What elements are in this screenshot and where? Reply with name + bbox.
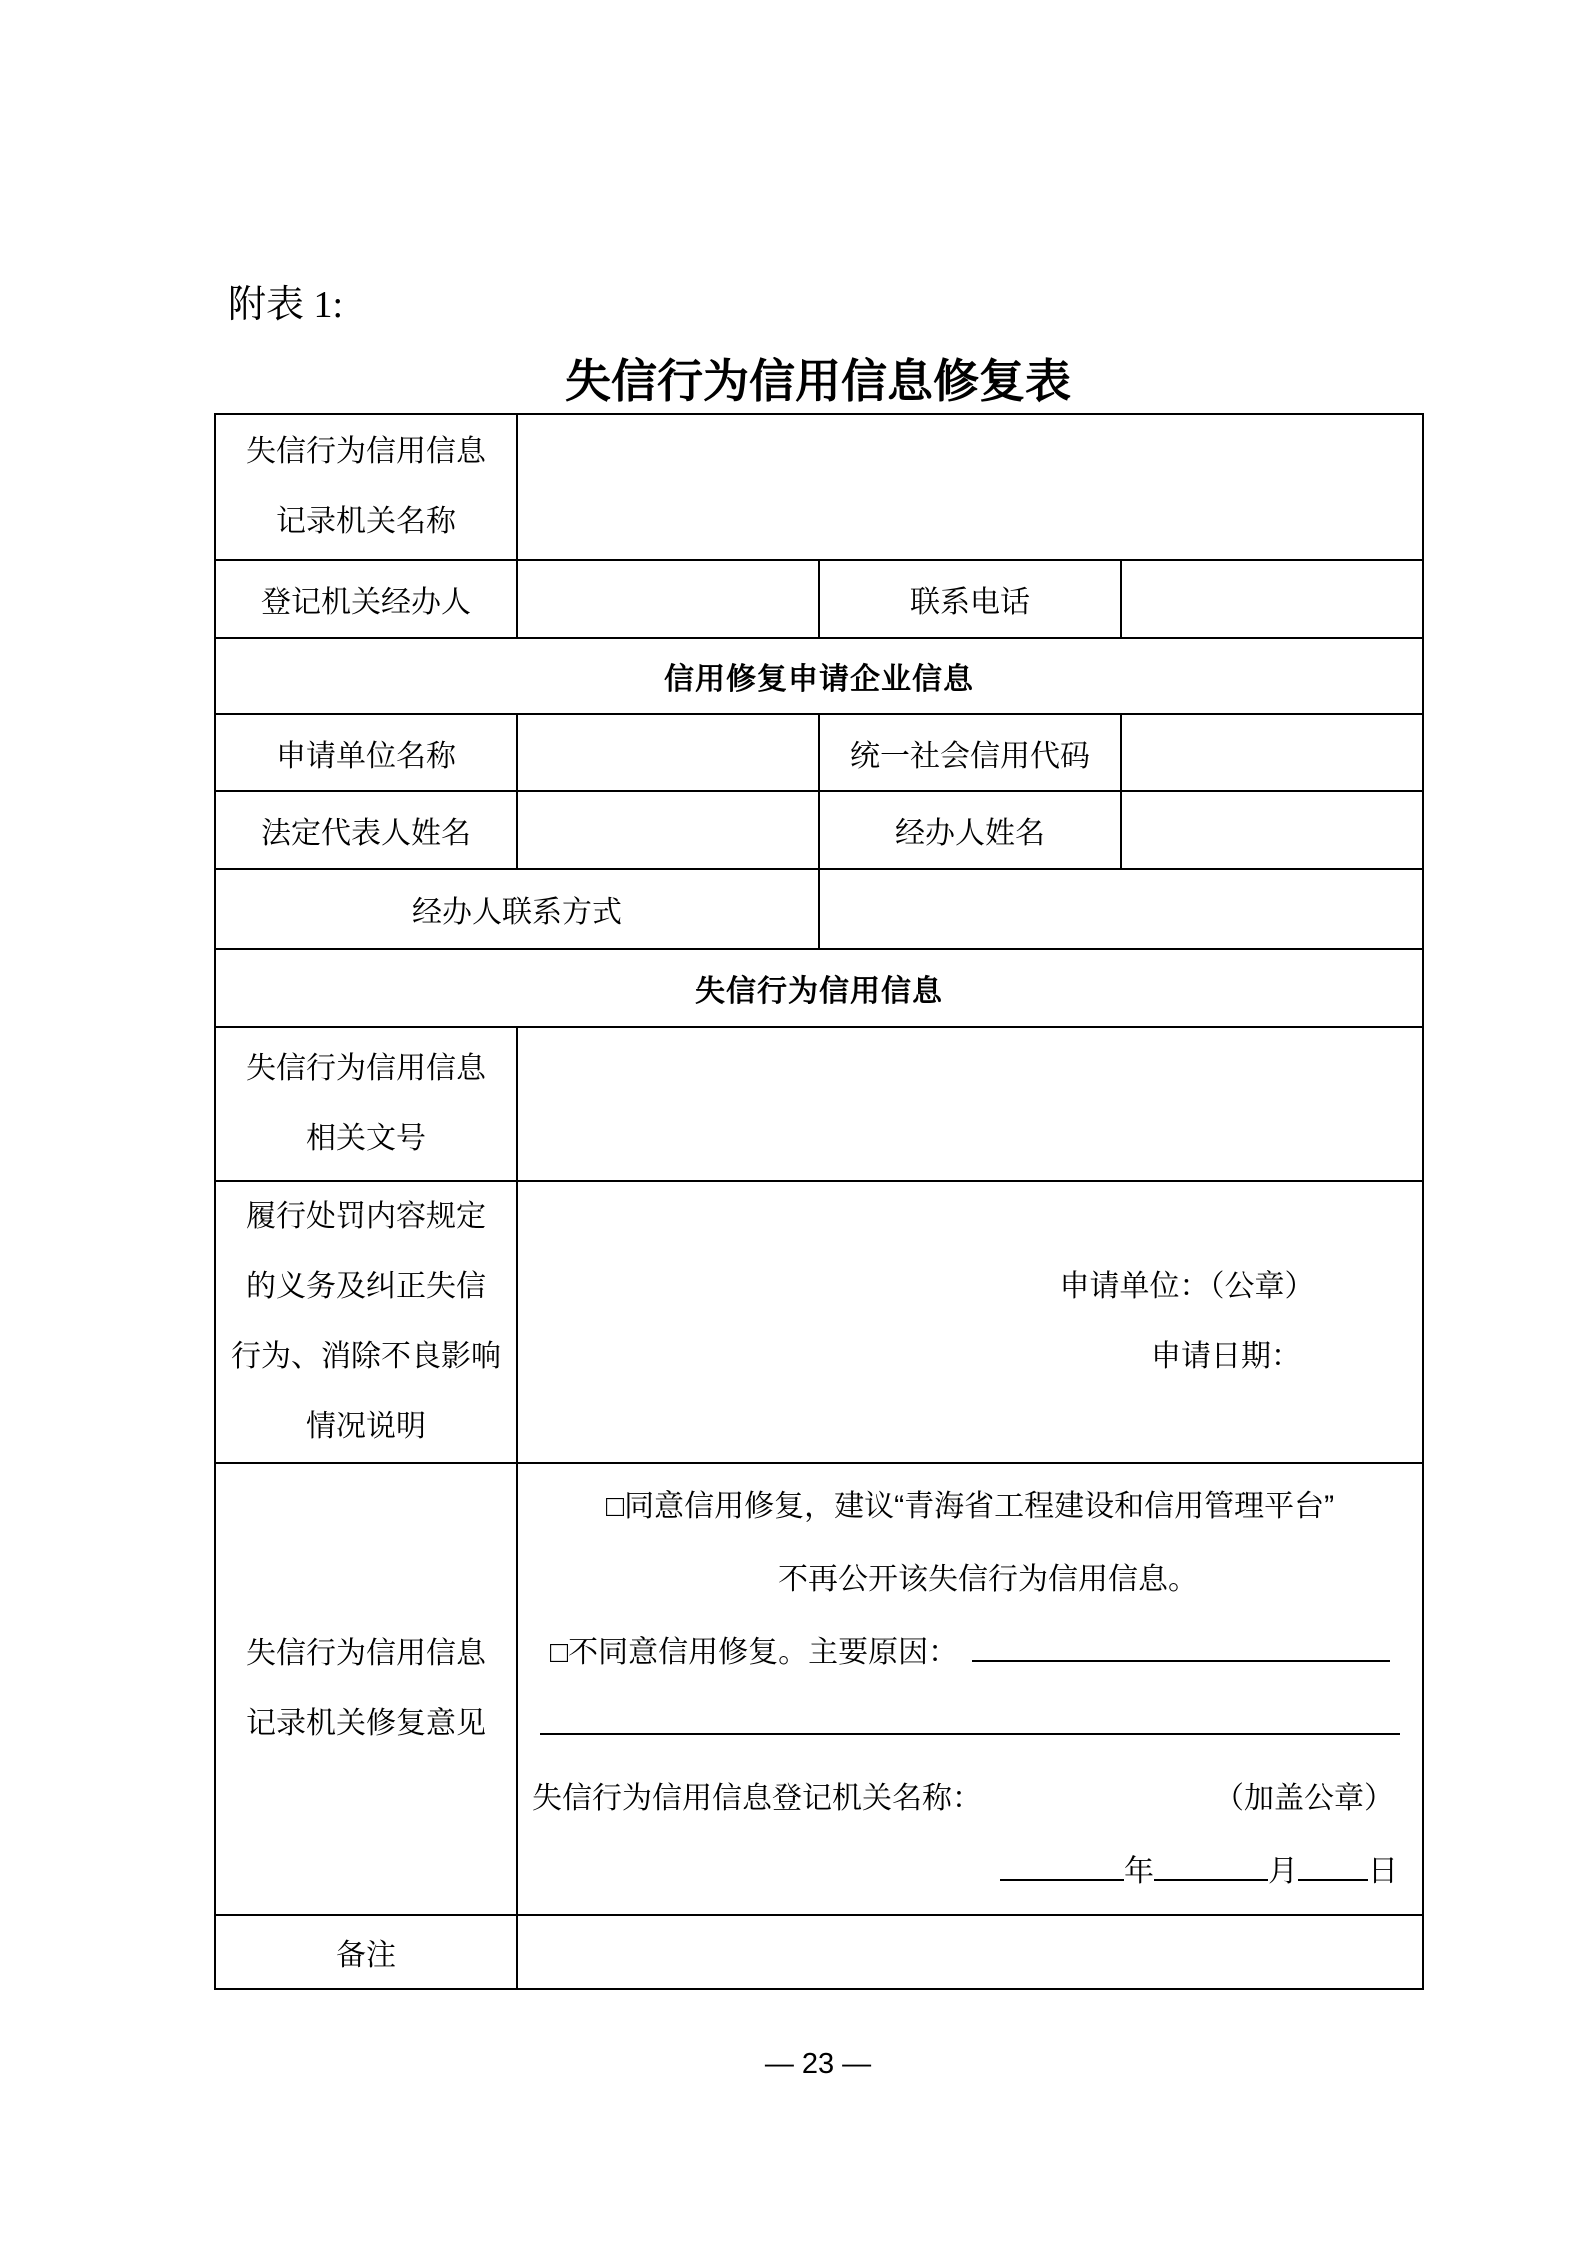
credit-repair-form-table: 失信行为信用信息 记录机关名称 登记机关经办人 联系电话 信用修复申请企业信息 … <box>214 413 1424 1990</box>
doc-no-value-cell <box>517 1027 1423 1181</box>
doc-no-label-line1: 失信行为信用信息 <box>216 1034 516 1104</box>
company-name-label: 申请单位名称 <box>215 714 517 791</box>
agree-option-text-cont: 不再公开该失信行为信用信息。 <box>518 1543 1422 1616</box>
year-label: 年 <box>1124 1855 1154 1888</box>
reason-blank-line <box>972 1630 1390 1662</box>
agree-option: □同意信用修复，建议“青海省工程建设和信用管理平台” <box>518 1470 1422 1543</box>
handler-name-value-cell <box>1121 791 1423 869</box>
year-blank-line <box>1000 1849 1124 1881</box>
day-label: 日 <box>1368 1855 1398 1888</box>
page-number: — 23 — <box>214 2048 1422 2081</box>
opinion-content-cell: □同意信用修复，建议“青海省工程建设和信用管理平台” 不再公开该失信行为信用信息… <box>517 1463 1423 1915</box>
day-blank-line <box>1298 1849 1368 1881</box>
reason-blank-line-2 <box>540 1703 1400 1735</box>
section-credit-header: 失信行为信用信息 <box>215 949 1423 1027</box>
month-label: 月 <box>1268 1855 1298 1888</box>
registering-org-label: 失信行为信用信息登记机关名称： <box>532 1762 982 1835</box>
opinion-label-line2: 记录机关修复意见 <box>216 1689 516 1759</box>
performance-label-line2: 的义务及纠正失信 <box>216 1252 516 1322</box>
remarks-value-cell <box>517 1915 1423 1989</box>
handler-name-label: 经办人姓名 <box>819 791 1121 869</box>
record-org-value-cell <box>517 414 1423 560</box>
handler-contact-value-cell <box>819 869 1423 949</box>
registering-org-line: 失信行为信用信息登记机关名称：（加盖公章） <box>518 1762 1422 1835</box>
row-section-credit: 失信行为信用信息 <box>215 949 1423 1027</box>
row-remarks: 备注 <box>215 1915 1423 1989</box>
record-org-label: 失信行为信用信息 记录机关名称 <box>215 414 517 560</box>
disagree-checkbox-icon: □ <box>550 1636 568 1669</box>
row-section-company: 信用修复申请企业信息 <box>215 638 1423 714</box>
record-org-label-line2: 记录机关名称 <box>216 487 516 557</box>
section-company-header: 信用修复申请企业信息 <box>215 638 1423 714</box>
agree-checkbox-icon: □ <box>606 1490 624 1523</box>
row-performance: 履行处罚内容规定 的义务及纠正失信 行为、消除不良影响 情况说明 申请单位：（公… <box>215 1181 1423 1463</box>
performance-label-line1: 履行处罚内容规定 <box>216 1182 516 1252</box>
phone-value-cell <box>1121 560 1423 638</box>
record-org-label-line1: 失信行为信用信息 <box>216 417 516 487</box>
company-name-value-cell <box>517 714 819 791</box>
attachment-label: 附表 1: <box>228 283 343 327</box>
row-legal-rep: 法定代表人姓名 经办人姓名 <box>215 791 1423 869</box>
doc-no-label: 失信行为信用信息 相关文号 <box>215 1027 517 1181</box>
disagree-option-text: 不同意信用修复。主要原因： <box>568 1636 958 1669</box>
row-company-name: 申请单位名称 统一社会信用代码 <box>215 714 1423 791</box>
document-page: 附表 1: 失信行为信用信息修复表 失信行为信用信息 记录机关名称 登记机关经办… <box>0 0 1587 2245</box>
row-handler-contact: 经办人联系方式 <box>215 869 1423 949</box>
opinion-label-line1: 失信行为信用信息 <box>216 1619 516 1689</box>
performance-label-line4: 情况说明 <box>216 1392 516 1462</box>
legal-rep-value-cell <box>517 791 819 869</box>
remarks-label: 备注 <box>215 1915 517 1989</box>
registrar-label: 登记机关经办人 <box>215 560 517 638</box>
row-record-org: 失信行为信用信息 记录机关名称 <box>215 414 1423 560</box>
month-blank-line <box>1154 1849 1268 1881</box>
uscc-label: 统一社会信用代码 <box>819 714 1121 791</box>
application-date-line: 申请日期： <box>518 1322 1422 1392</box>
row-registrar: 登记机关经办人 联系电话 <box>215 560 1423 638</box>
opinion-date-line: 年月日 <box>518 1835 1422 1908</box>
phone-label: 联系电话 <box>819 560 1121 638</box>
agree-option-text: 同意信用修复，建议“青海省工程建设和信用管理平台” <box>624 1490 1334 1523</box>
applicant-seal-line: 申请单位：（公章） <box>518 1252 1422 1322</box>
registrar-value-cell <box>517 560 819 638</box>
seal-note: （加盖公章） <box>1214 1762 1394 1835</box>
doc-no-label-line2: 相关文号 <box>216 1104 516 1174</box>
performance-sign-cell: 申请单位：（公章） 申请日期： <box>517 1181 1423 1463</box>
opinion-label: 失信行为信用信息 记录机关修复意见 <box>215 1463 517 1915</box>
legal-rep-label: 法定代表人姓名 <box>215 791 517 869</box>
page-title: 失信行为信用信息修复表 <box>214 356 1422 408</box>
uscc-value-cell <box>1121 714 1423 791</box>
row-opinion: 失信行为信用信息 记录机关修复意见 □同意信用修复，建议“青海省工程建设和信用管… <box>215 1463 1423 1915</box>
handler-contact-label: 经办人联系方式 <box>215 869 819 949</box>
disagree-option: □不同意信用修复。主要原因： <box>518 1616 1422 1689</box>
performance-label: 履行处罚内容规定 的义务及纠正失信 行为、消除不良影响 情况说明 <box>215 1181 517 1463</box>
performance-label-line3: 行为、消除不良影响 <box>216 1322 516 1392</box>
row-doc-no: 失信行为信用信息 相关文号 <box>215 1027 1423 1181</box>
reason-continuation-line <box>518 1689 1422 1762</box>
